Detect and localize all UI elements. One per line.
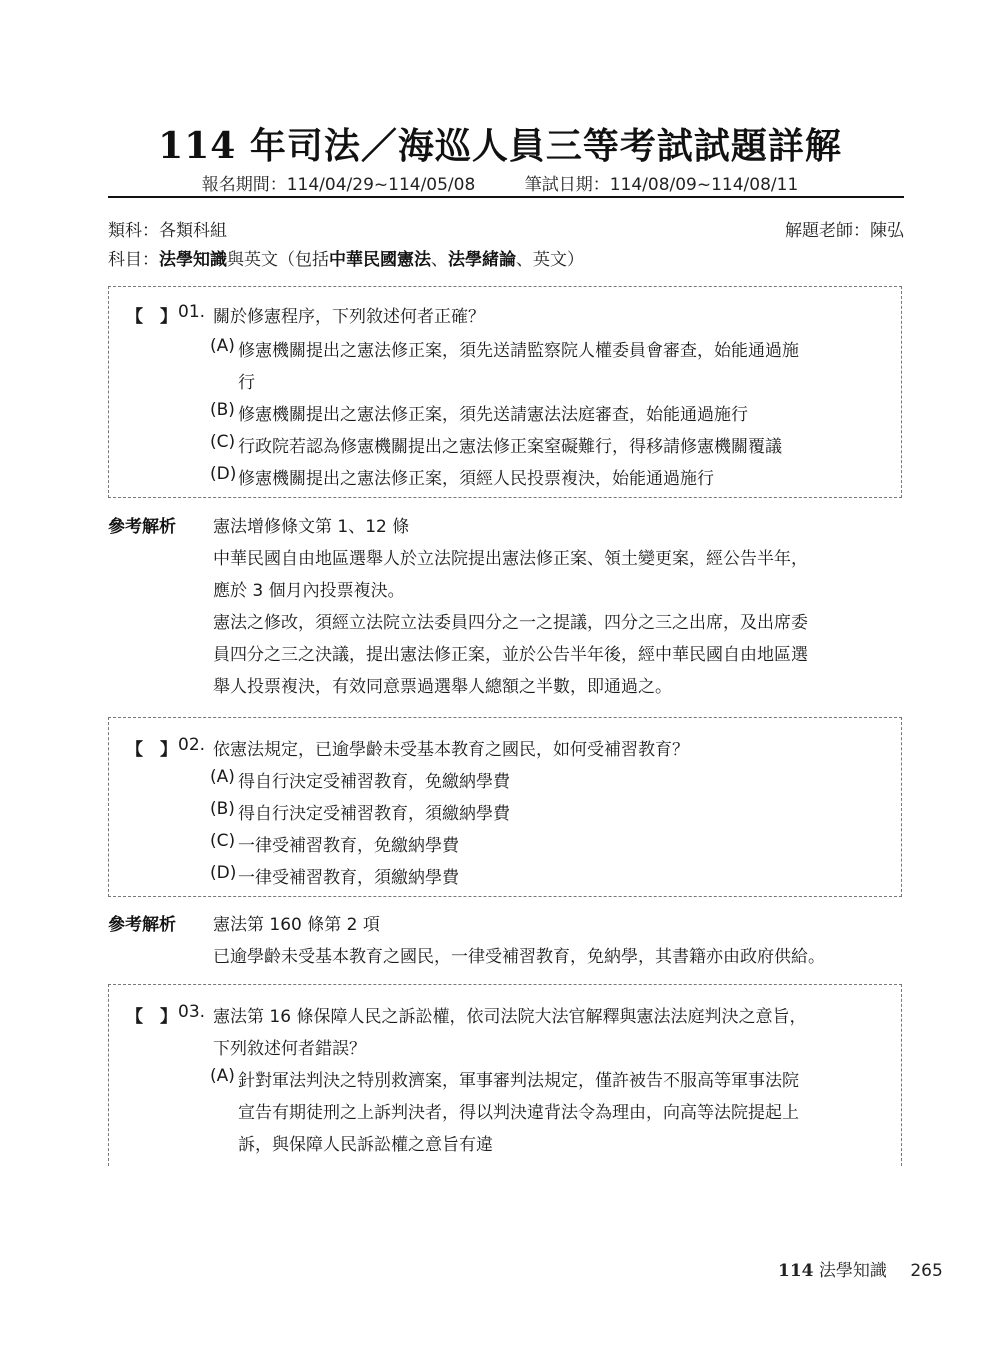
question-stem: 依憲法規定，已逾學齡未受基本教育之國民，如何受補習教育？ xyxy=(213,735,689,760)
page-title: 114 年司法／海巡人員三等考試試題詳解 xyxy=(0,118,1000,169)
registration-period: 報名期間：114/04/29~114/05/08 xyxy=(202,175,476,195)
subject-prefix: 科目： xyxy=(108,250,159,270)
option-text: 得自行決定受補習教育，須繳納學費 xyxy=(238,799,510,824)
option-label: (C) xyxy=(210,432,235,452)
option-label: (A) xyxy=(210,336,235,356)
subject-end: 、英文） xyxy=(516,250,584,270)
question-number: 02. xyxy=(178,735,205,755)
analysis-line: 憲法增修條文第 1、12 條 xyxy=(213,512,409,537)
analysis-line: 員四分之三之決議，提出憲法修正案，並於公告半年後，經中華民國自由地區選 xyxy=(213,640,808,665)
analysis-line: 已逾學齡未受基本教育之國民，一律受補習教育，免納學，其書籍亦由政府供給。 xyxy=(213,942,825,967)
category: 類科：各類科組 xyxy=(108,216,227,241)
option-text: 一律受補習教育，須繳納學費 xyxy=(238,863,459,888)
question-stem: 憲法第 16 條保障人民之訴訟權，依司法院大法官解釋與憲法法庭判決之意旨， xyxy=(213,1002,806,1027)
subject: 科目：法學知識與英文（包括中華民國憲法、法學緒論、英文） xyxy=(108,245,904,270)
answer-bracket: 【 】 xyxy=(126,735,177,760)
option-text: 一律受補習教育，免繳納學費 xyxy=(238,831,459,856)
page-number: 265 xyxy=(910,1261,942,1281)
option-text: 宣告有期徒刑之上訴判決者，得以判決違背法令為理由，向高等法院提起上 xyxy=(238,1098,799,1123)
subject-constitution: 中華民國憲法 xyxy=(329,250,431,270)
option-text: 行政院若認為修憲機關提出之憲法修正案窒礙難行，得移請修憲機關覆議 xyxy=(238,432,782,457)
footer-year: 114 xyxy=(778,1261,814,1281)
analysis-line: 憲法之修改，須經立法院立法委員四分之一之提議，四分之三之出席，及出席委 xyxy=(213,608,808,633)
option-text: 修憲機關提出之憲法修正案，須經人民投票複決，始能通過施行 xyxy=(238,464,714,489)
teacher: 解題老師：陳弘 xyxy=(785,216,904,241)
subject-sep: 、 xyxy=(431,250,448,270)
footer-book: 法學知識 xyxy=(819,1261,887,1281)
analysis-line: 舉人投票複決，有效同意票過選舉人總額之半數，即通過之。 xyxy=(213,672,672,697)
option-text: 針對軍法判決之特別救濟案，軍事審判法規定，僅許被告不服高等軍事法院 xyxy=(238,1066,799,1091)
answer-bracket: 【 】 xyxy=(126,1002,177,1027)
question-stem: 下列敘述何者錯誤？ xyxy=(213,1034,366,1059)
subject-main: 法學知識 xyxy=(159,250,227,270)
option-text: 訴，與保障人民訴訟權之意旨有違 xyxy=(238,1130,493,1155)
option-label: (C) xyxy=(210,831,235,851)
option-text: 得自行決定受補習教育，免繳納學費 xyxy=(238,767,510,792)
subject-intro-law: 法學緒論 xyxy=(448,250,516,270)
option-text: 行 xyxy=(238,368,255,393)
subject-text: 與英文（包括 xyxy=(227,250,329,270)
analysis-line: 中華民國自由地區選舉人於立法院提出憲法修正案、領土變更案，經公告半年， xyxy=(213,544,808,569)
analysis-label: 參考解析 xyxy=(108,910,176,935)
exam-dates: 報名期間：114/04/29~114/05/08 筆試日期：114/08/09~… xyxy=(0,170,1000,195)
option-label: (A) xyxy=(210,1066,235,1086)
meta-category-row: 類科：各類科組 解題老師：陳弘 xyxy=(108,216,904,241)
question-number: 01. xyxy=(178,302,205,322)
option-label: (D) xyxy=(210,863,236,883)
option-text: 修憲機關提出之憲法修正案，須先送請憲法法庭審查，始能通過施行 xyxy=(238,400,748,425)
option-label: (D) xyxy=(210,464,236,484)
question-number: 03. xyxy=(178,1002,205,1022)
option-label: (B) xyxy=(210,400,235,420)
option-label: (B) xyxy=(210,799,235,819)
option-text: 修憲機關提出之憲法修正案，須先送請監察院人權委員會審查，始能通過施 xyxy=(238,336,799,361)
analysis-line: 憲法第 160 條第 2 項 xyxy=(213,910,380,935)
written-exam-date: 筆試日期：114/08/09~114/08/11 xyxy=(525,175,799,195)
analysis-line: 應於 3 個月內投票複決。 xyxy=(213,576,405,601)
question-stem: 關於修憲程序，下列敘述何者正確？ xyxy=(213,302,485,327)
option-label: (A) xyxy=(210,767,235,787)
title-divider xyxy=(108,196,904,198)
answer-bracket: 【 】 xyxy=(126,302,177,327)
page-footer: 114 法學知識 265 xyxy=(778,1256,943,1281)
analysis-label: 參考解析 xyxy=(108,512,176,537)
